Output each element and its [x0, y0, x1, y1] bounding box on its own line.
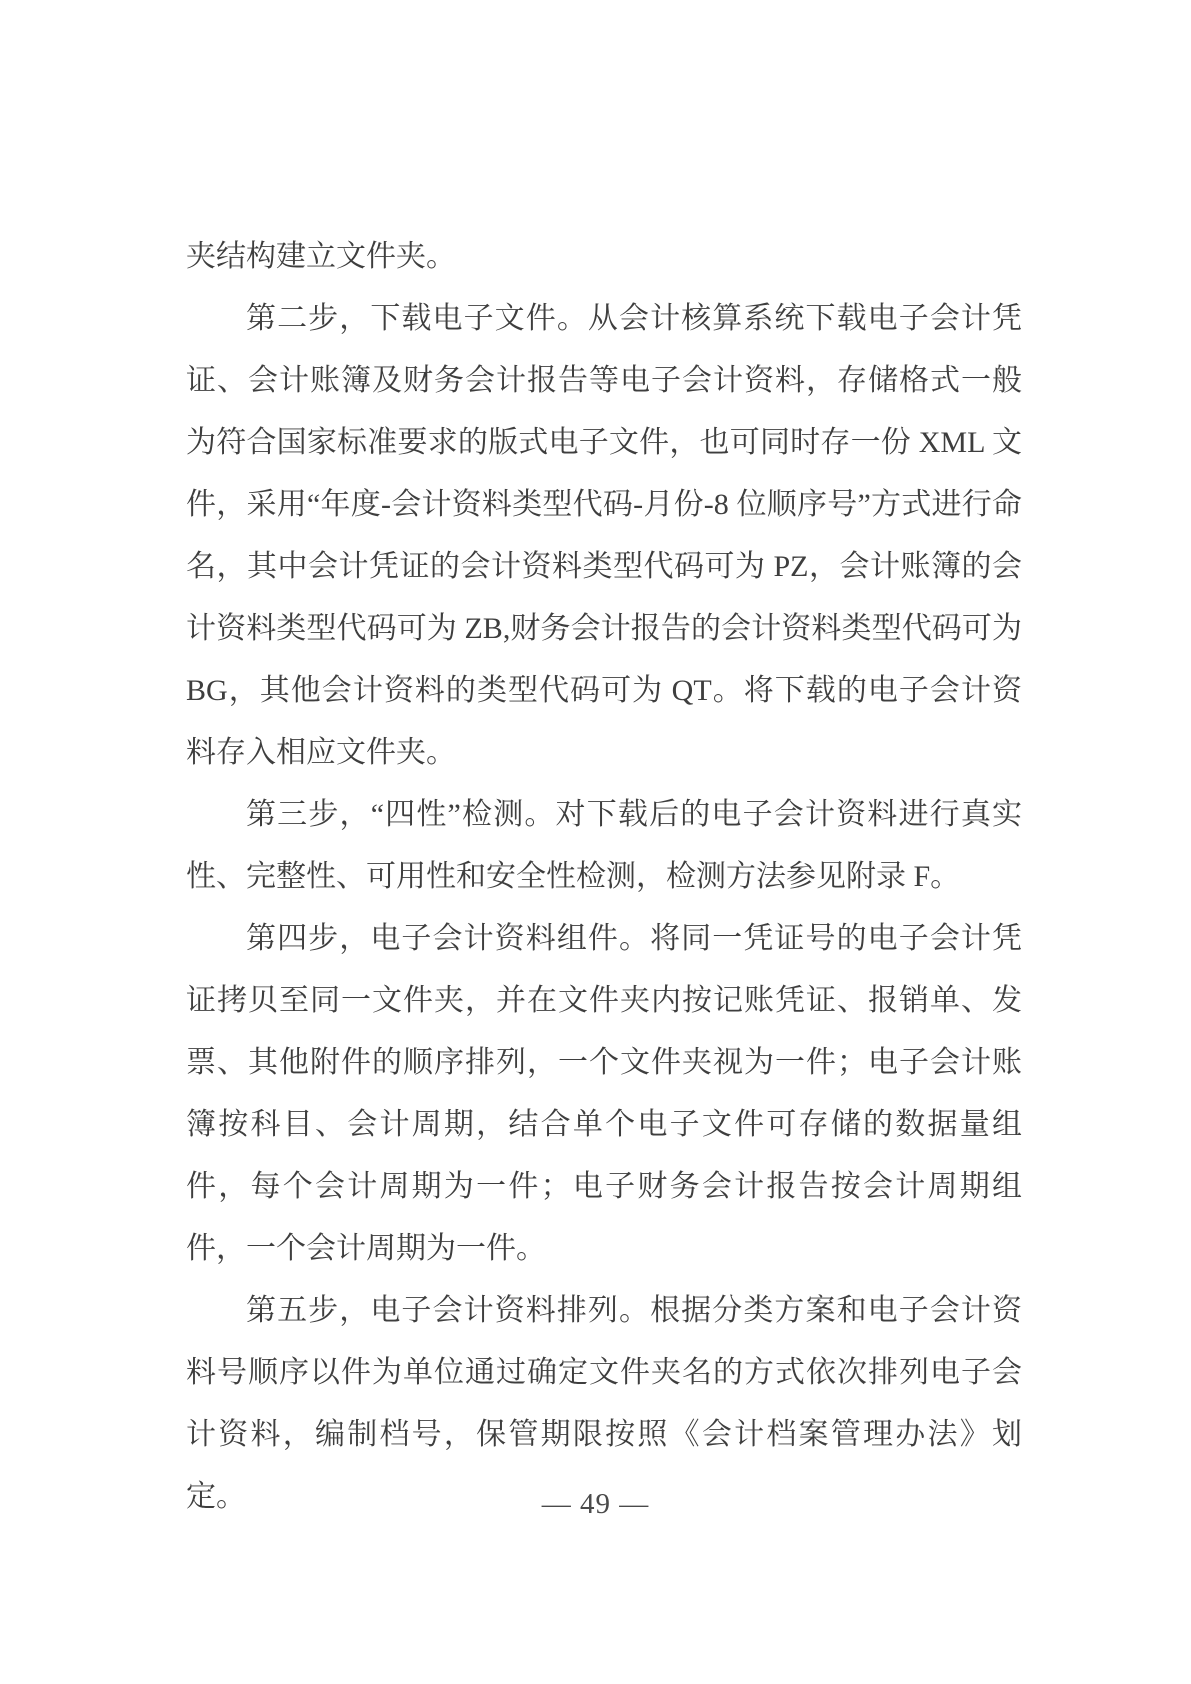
document-body: 夹结构建立文件夹。 第二步，下载电子文件。从会计核算系统下载电子会计凭证、会计账… [186, 226, 1022, 1528]
paragraph-step-3: 第三步，“四性”检测。对下载后的电子会计资料进行真实性、完整性、可用性和安全性检… [186, 784, 1022, 908]
paragraph-step-4: 第四步，电子会计资料组件。将同一凭证号的电子会计凭证拷贝至同一文件夹，并在文件夹… [186, 908, 1022, 1280]
page-number: — 49 — [0, 1484, 1191, 1524]
paragraph-step-2: 第二步，下载电子文件。从会计核算系统下载电子会计凭证、会计账簿及财务会计报告等电… [186, 288, 1022, 784]
paragraph-continuation: 夹结构建立文件夹。 [186, 226, 1022, 288]
document-page: 夹结构建立文件夹。 第二步，下载电子文件。从会计核算系统下载电子会计凭证、会计账… [0, 0, 1191, 1684]
